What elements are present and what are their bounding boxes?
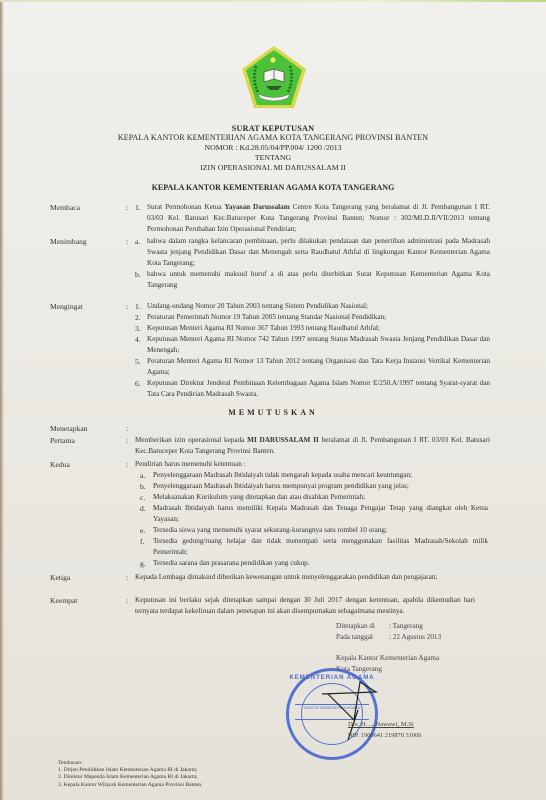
- colon: :: [126, 460, 128, 469]
- signature-mark: [318, 680, 398, 740]
- tembusan-label: Tembusan :: [58, 760, 203, 767]
- keempat-text: Keputusan ini berlaku sejak ditetapkan s…: [135, 595, 475, 617]
- membaca-label: Membaca: [50, 203, 80, 212]
- item-letter: b.: [140, 482, 146, 491]
- item-number: 5.: [135, 357, 141, 366]
- mengingat-item: Keputusan Direktur Jenderal Pembinaan Ke…: [147, 378, 490, 400]
- item-number: 2.: [135, 313, 141, 322]
- document-page: SURAT KEPUTUSAN KEPALA KANTOR KEMENTERIA…: [0, 0, 546, 800]
- item-number: 4.: [135, 335, 141, 344]
- kedua-item: Tersedia sarana dan prasarana pendidikan…: [153, 558, 488, 569]
- kedua-item: Penyelenggaraan Madrasah Ibtidaiyah tida…: [153, 470, 488, 481]
- date-value: : 22 Agustus 2013: [389, 633, 441, 641]
- issuer-line: KEPALA KANTOR KEMENTERIAN AGAMA KOTA TAN…: [0, 133, 546, 142]
- signatory-name: Drs. H. ... Nawawi, M.Si: [348, 721, 414, 728]
- mengingat-label: Mengingat: [50, 302, 83, 311]
- tembusan-item: 1. Dirjen Pendidikan Islam Kementerian A…: [58, 767, 203, 774]
- kedua-item: Madrasah Ibtidaiyah harus memiliki Kepal…: [153, 503, 488, 525]
- item-letter: g.: [140, 559, 146, 568]
- tembusan-item: 2. Direktur Mapenda Islam Kementerian Ag…: [58, 774, 203, 781]
- colon: :: [126, 203, 128, 212]
- mengingat-item: Peraturan Menteri Agama RI Nomor 13 Tahu…: [147, 356, 490, 378]
- pertama-text: Memberikan izin operasional kepada MI DA…: [135, 435, 490, 457]
- mengingat-item: Undang-undang Nomor 20 Tahun 2003 tentan…: [147, 301, 490, 312]
- mengingat-item: Keputusan Menteri Agama RI Nomor 742 Tah…: [147, 334, 490, 356]
- pertama-label: Pertama: [50, 436, 75, 445]
- item-number: 3.: [135, 324, 141, 333]
- item-letter: e.: [140, 526, 145, 535]
- kedua-intro: Pendirian harus memenuhi ketentuan :: [135, 459, 490, 470]
- item-letter: f.: [140, 537, 144, 546]
- kedua-item: Penyelenggaraan Madrasah Ibtidaiyah haru…: [153, 481, 488, 492]
- document-subject: IZIN OPERASIONAL MI DARUSSALAM II: [0, 163, 546, 172]
- ketiga-label: Ketiga: [50, 573, 70, 582]
- item-letter: c.: [140, 493, 145, 502]
- kementerian-agama-emblem-icon: [240, 44, 308, 112]
- kedua-label: Kedua: [50, 460, 70, 469]
- tembusan: Tembusan : 1. Dirjen Pendidikan Islam Ke…: [58, 760, 203, 789]
- item-letter: d.: [140, 504, 146, 513]
- item-letter: a.: [140, 471, 145, 480]
- colon: :: [126, 436, 128, 445]
- about-label: TENTANG: [0, 153, 546, 162]
- mengingat-item: Peraturan Pemerintah Nomor 19 Tahun 2005…: [147, 312, 490, 323]
- item-number: a.: [135, 237, 140, 246]
- menetapkan-label: Menetapkan: [50, 424, 88, 433]
- ketiga-text: Kepada Lembaga dimaksud diberikan kewena…: [135, 572, 490, 583]
- colon: :: [126, 237, 128, 246]
- kedua-item: Tersedia gedung/ruang belajar dan tidak …: [153, 536, 488, 558]
- colon: :: [126, 596, 128, 605]
- item-number: 6.: [135, 379, 141, 388]
- kedua-item: Melaksanakan Kurikulum yang ditetapkan d…: [153, 492, 488, 503]
- tembusan-item: 3. Kepala Kantor Wilayah Kementerian Aga…: [58, 782, 203, 789]
- kedua-item: Tersedia siswa yang memenuhi syarat seku…: [153, 525, 488, 536]
- place-label: Ditetapkan di: [336, 622, 375, 630]
- document-title: SURAT KEPUTUSAN: [0, 124, 546, 133]
- item-number: 1.: [135, 302, 141, 311]
- colon: :: [126, 302, 128, 311]
- colon: :: [126, 573, 128, 582]
- place-value: : Tangerang: [389, 622, 423, 630]
- document-number: NOMOR : Kd.28.05/04/PP.004/ 1200 /2013: [0, 143, 546, 152]
- signatory-nip: NIP. 1960641 219870 31006: [348, 732, 422, 739]
- date-label: Pada tanggal: [336, 633, 373, 641]
- background-edge: [0, 0, 546, 2]
- authority-heading: KEPALA KANTOR KEMENTERIAN AGAMA KOTA TAN…: [0, 183, 546, 192]
- menimbang-label: Menimbang: [50, 237, 87, 246]
- menimbang-item-a: bahwa dalam rangka kelancaran pembinaan,…: [147, 236, 490, 270]
- membaca-item-1: Surat Permohonan Ketua Yayasan Darussala…: [147, 202, 490, 236]
- keempat-label: Keempat: [50, 596, 77, 605]
- memutuskan-heading: MEMUTUSKAN: [0, 408, 546, 417]
- position-line-1: Kepala Kantor Kementerian Agama: [336, 654, 439, 662]
- item-number: b.: [135, 270, 141, 279]
- menimbang-item-b: bahwa untuk memenuhi maksud huruf a di a…: [147, 269, 490, 291]
- mengingat-item: Keputusan Menteri Agama RI Nomor 367 Tah…: [147, 323, 490, 334]
- item-number: 1.: [135, 203, 141, 212]
- colon: :: [126, 424, 128, 433]
